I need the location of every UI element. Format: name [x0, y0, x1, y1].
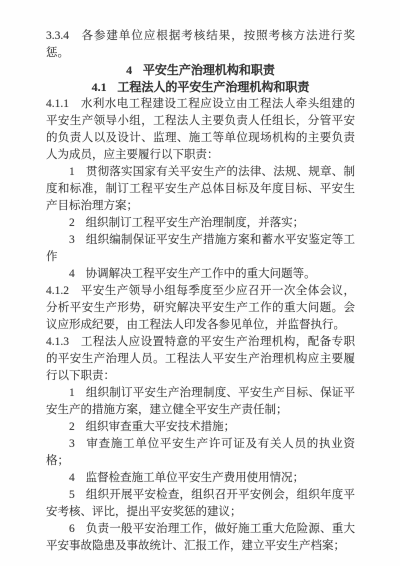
- clause-text: 组织审查重大平安技术措施；: [86, 421, 236, 433]
- clause-number: 4: [126, 63, 132, 77]
- clause-number: 2: [69, 217, 75, 229]
- clause-number: 4.1.1: [46, 98, 69, 110]
- clause-text: 组织开展平安检查，组织召开平安例会，组织年度平安考核、评比，提出平安奖惩的建议；: [46, 489, 355, 518]
- clause-text: 工程法人的平安生产治理机构和职责: [117, 80, 309, 94]
- document-page: 3.3.4各参建单位应根据考核结果，按照考核方法进行奖惩。4平安生产治理机构和职…: [0, 0, 400, 566]
- clause-number: 5: [69, 489, 75, 501]
- numbered-list-item: 2组织制订工程平安生产治理制度，并落实；: [46, 215, 355, 232]
- clause-text: 工程法人应设置特意的平安生产治理机构，配备专职的平安生产治理人员。工程法人平安生…: [46, 336, 355, 382]
- clause-text: 贯彻落实国家有关平安生产的法律、法规、规章、制度和标准，制订工程平安生产总体目标…: [46, 166, 355, 212]
- clause-number: 4.1.3: [46, 336, 69, 348]
- clause-paragraph: 4.1.1水利水电工程建设工程应设立由工程法人牵头组建的平安生产领导小组，工程法…: [46, 96, 355, 164]
- numbered-list-item: 2组织审查重大平安技术措施；: [46, 419, 355, 436]
- clause-text: 组织制订平安生产治理制度、平安生产目标、保证平安生产的措施方案，建立健全平安生产…: [46, 387, 355, 416]
- numbered-list-item: 4协调解决工程平安生产工作中的重大问题等。: [46, 266, 355, 283]
- clause-number: 1: [69, 387, 75, 399]
- clause-text: 组织制订工程平安生产治理制度，并落实；: [86, 217, 305, 229]
- numbered-list-item: 1贯彻落实国家有关平安生产的法律、法规、规章、制度和标准，制订工程平安生产总体目…: [46, 164, 355, 215]
- numbered-list-item: 1组织制订平安生产治理制度、平安生产目标、保证平安生产的措施方案，建立健全平安生…: [46, 385, 355, 419]
- clause-paragraph: 4.1.3工程法人应设置特意的平安生产治理机构，配备专职的平安生产治理人员。工程…: [46, 334, 355, 385]
- numbered-list-item: 6负责一般平安治理工作，做好施工重大危险源、重大平安事故隐患及事故统计、汇报工作…: [46, 521, 355, 555]
- numbered-list-item: 4监督检查施工单位平安生产费用使用情况；: [46, 470, 355, 487]
- clause-number: 3: [69, 234, 75, 246]
- clause-number: 6: [69, 523, 75, 535]
- clause-text: 平安生产治理机构和职责: [143, 63, 275, 77]
- clause-text: 监督检查施工单位平安生产费用使用情况；: [86, 472, 305, 484]
- numbered-list-item: 5组织开展平安检查，组织召开平安例会，组织年度平安考核、评比，提出平安奖惩的建议…: [46, 487, 355, 521]
- clause-text: 组织编制保证平安生产措施方案和蓄水平安鉴定等工作: [46, 234, 355, 263]
- clause-number: 2: [69, 421, 75, 433]
- clause-text: 水利水电工程建设工程应设立由工程法人牵头组建的平安生产领导小组，工程法人主要负责…: [46, 98, 355, 161]
- clause-text: 各参建单位应根据考核结果，按照考核方法进行奖惩。: [46, 30, 355, 59]
- clause-paragraph: 3.3.4各参建单位应根据考核结果，按照考核方法进行奖惩。: [46, 28, 355, 62]
- clause-number: 4.1: [92, 80, 107, 94]
- clause-number: 1: [69, 166, 75, 178]
- clause-text: 协调解决工程平安生产工作中的重大问题等。: [86, 268, 316, 280]
- clause-text: 审查施工单位平安生产许可证及有关人员的执业资格；: [46, 438, 355, 467]
- clause-number: 4: [69, 472, 75, 484]
- clause-text: 平安生产领导小组每季度至少应召开一次全体会议，分析平安生产形势，研究解决平安生产…: [46, 285, 355, 331]
- section-heading: 4.1工程法人的平安生产治理机构和职责: [46, 79, 355, 96]
- clause-text: 负责一般平安治理工作，做好施工重大危险源、重大平安事故隐患及事故统计、汇报工作，…: [46, 523, 355, 552]
- numbered-list-item: 3审查施工单位平安生产许可证及有关人员的执业资格；: [46, 436, 355, 470]
- document-body: 3.3.4各参建单位应根据考核结果，按照考核方法进行奖惩。4平安生产治理机构和职…: [0, 0, 400, 555]
- clause-number: 4: [69, 268, 75, 280]
- clause-number: 4.1.2: [46, 285, 69, 297]
- clause-number: 3: [69, 438, 75, 450]
- clause-number: 3.3.4: [46, 30, 69, 42]
- clause-paragraph: 4.1.2平安生产领导小组每季度至少应召开一次全体会议，分析平安生产形势，研究解…: [46, 283, 355, 334]
- chapter-heading: 4平安生产治理机构和职责: [46, 62, 355, 79]
- numbered-list-item: 3组织编制保证平安生产措施方案和蓄水平安鉴定等工作: [46, 232, 355, 266]
